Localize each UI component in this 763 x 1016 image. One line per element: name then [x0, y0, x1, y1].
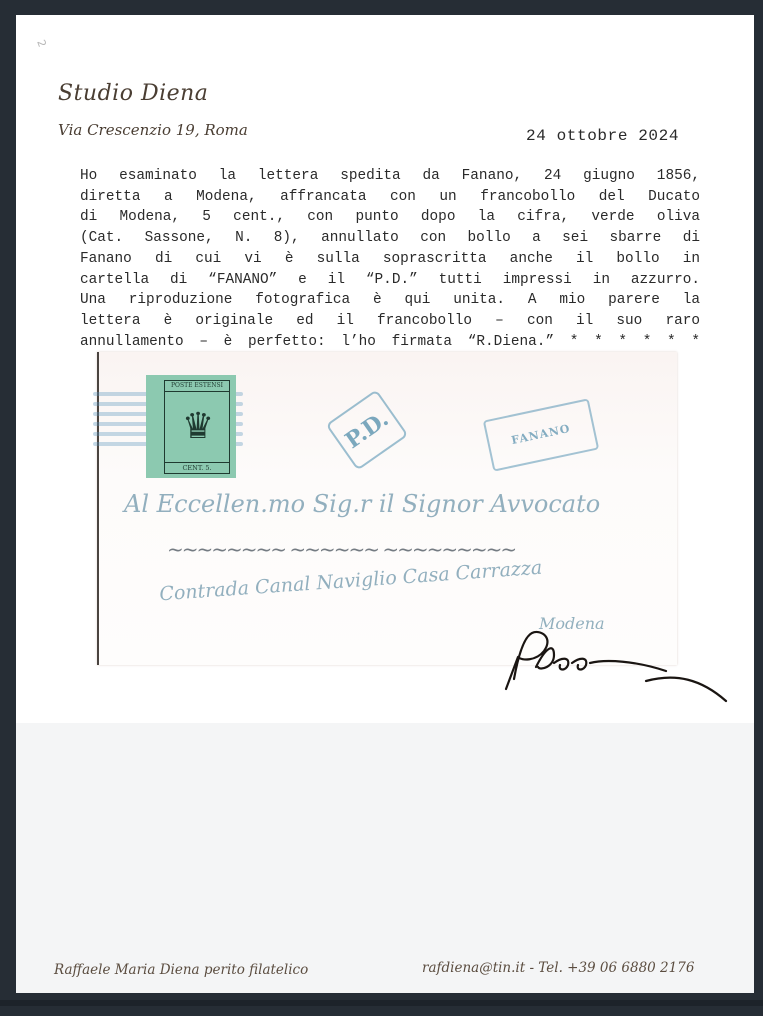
certificate-line: diretta a Modena, affrancata con un fran… [80, 187, 700, 208]
studio-address: Via Crescenzio 19, Roma [58, 121, 248, 139]
expert-name: Raffaele Maria Diena perito filatelico [54, 962, 308, 978]
card-lower-panel [16, 723, 754, 993]
stamp-value-label: CENT. 5. [165, 462, 229, 473]
address-line: Al Eccellen.mo Sig.r il Signor Avvocato [124, 490, 600, 518]
studio-name: Studio Diena [58, 81, 208, 106]
certificate-line: di Modena, 5 cent., con punto dopo la ci… [80, 207, 700, 228]
signature-icon [496, 627, 746, 707]
pd-postmark: P.D. [326, 389, 409, 470]
fanano-postmark: FANANO [483, 398, 599, 471]
contact-info: rafdiena@tin.it - Tel. +39 06 6880 2176 [422, 960, 694, 976]
certificate-card: 2 Studio Diena Via Crescenzio 19, Roma 2… [16, 15, 754, 993]
crest-icon: ♛ [177, 397, 219, 457]
certificate-date: 24 ottobre 2024 [526, 127, 679, 145]
certificate-line: Una riproduzione fotografica è qui unita… [80, 290, 700, 311]
certificate-line: annullamento – è perfetto: l’ho firmata … [80, 332, 700, 353]
postage-stamp: POSTE ESTENSI ♛ CENT. 5. [146, 375, 236, 478]
background-stripe [0, 1000, 763, 1006]
stamp-frame: POSTE ESTENSI ♛ CENT. 5. [164, 380, 230, 474]
certificate-line: (Cat. Sassone, N. 8), annullato con boll… [80, 228, 700, 249]
address-line-struck: ~~~~~~~~ ~~~~~~ ~~~~~~~~~ [167, 537, 515, 561]
certificate-line: Ho esaminato la lettera spedita da Fanan… [80, 166, 700, 187]
certificate-line: cartella di “FANANO” e il “P.D.” tutti i… [80, 270, 700, 291]
pencil-note: 2 [34, 38, 49, 49]
certificate-text: Ho esaminato la lettera spedita da Fanan… [80, 166, 700, 352]
letter-photo: POSTE ESTENSI ♛ CENT. 5. P.D. FANANO Al … [97, 352, 677, 665]
certificate-line: lettera è originale ed il francobollo – … [80, 311, 700, 332]
stamp-top-label: POSTE ESTENSI [165, 381, 229, 392]
certificate-line: Fanano di cui vi è sulla soprascritta an… [80, 249, 700, 270]
address-line: Contrada Canal Naviglio Casa Carrazza [159, 557, 543, 606]
